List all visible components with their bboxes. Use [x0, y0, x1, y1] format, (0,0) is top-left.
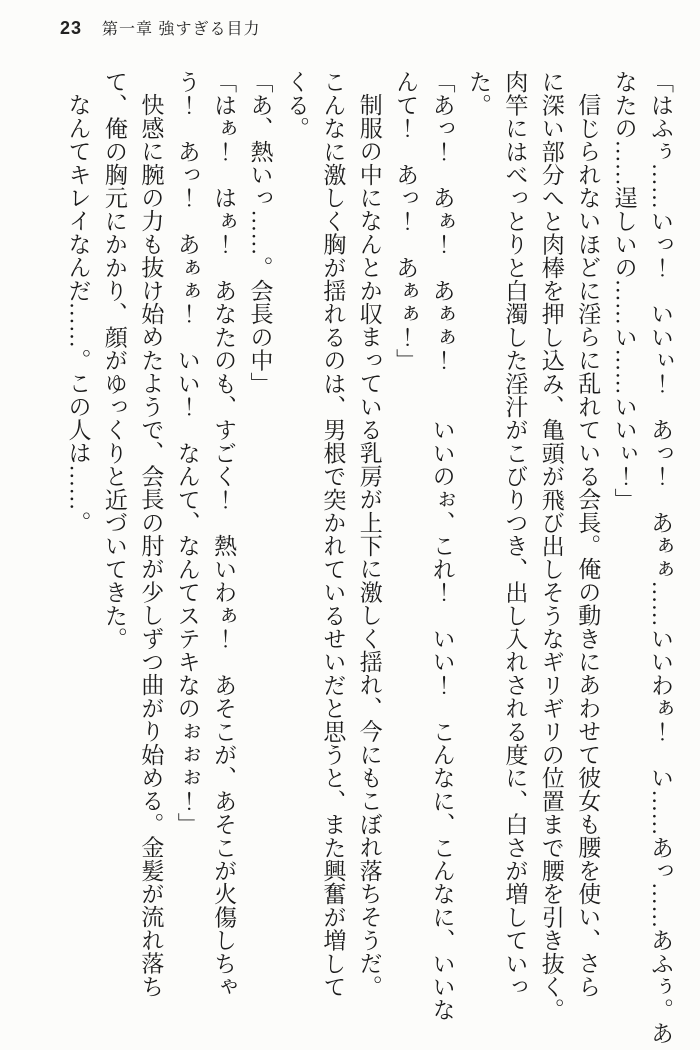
text-column: 「あ、熱いっ……。会長の中」: [241, 70, 277, 1038]
text-column: なたの……逞しいの……い……いいぃ！」: [605, 70, 641, 1038]
chapter-title: 第一章 強すぎる目力: [102, 16, 260, 39]
text-column: に深い部分へと肉棒を押し込み、亀頭が飛び出しそうなギリギリの位置まで腰を引き抜く…: [532, 70, 568, 1038]
running-head: 23 第一章 強すぎる目力: [60, 16, 260, 39]
page-number: 23: [60, 18, 82, 39]
text-column: 制服の中になんとか収まっている乳房が上下に激しく揺れ、今にもこぼれ落ちそうだ。: [350, 70, 386, 1038]
text-column: なんてキレイなんだ……。この人は……。: [59, 70, 95, 1038]
text-column: て、俺の胸元にかかり、顔がゆっくりと近づいてきた。: [96, 70, 132, 1038]
text-column: 「はぁ！ はぁ！ あなたのも、すごく！ 熱いわぁ！ あそこが、あそこが火傷しちゃ: [205, 70, 241, 1038]
vertical-text-body: 「はふぅ……いっ！ いいぃ！ あっ！ あぁぁ……いいわぁ！ い……あっ……あふぅ…: [59, 70, 678, 1038]
text-column: 「はふぅ……いっ！ いいぃ！ あっ！ あぁぁ……いいわぁ！ い……あっ……あふぅ…: [642, 70, 678, 1038]
text-column: くる。: [278, 70, 314, 1038]
text-column: 肉竿にはべっとりと白濁した淫汁がこびりつき、出し入れされる度に、白さが増していっ: [496, 70, 532, 1038]
text-column: んて！ あっ！ あぁぁ！」: [387, 70, 423, 1038]
text-column: 「あっ！ あぁ！ あぁぁ！ いいのぉ、これ！ いい！ こんなに、こんなに、いいな: [423, 70, 459, 1038]
text-column: う！ あっ！ あぁぁ！ いい！ なんて、なんてステキなのぉぉぉ！」: [168, 70, 204, 1038]
text-column: 快感に腕の力も抜け始めたようで、会長の肘が少しずつ曲がり始める。金髪が流れ落ち: [132, 70, 168, 1038]
book-page: 23 第一章 強すぎる目力 「はふぅ……いっ！ いいぃ！ あっ！ あぁぁ……いい…: [0, 0, 700, 1050]
text-column: こんなに激しく胸が揺れるのは、男根で突かれているせいだと思うと、また興奮が増して: [314, 70, 350, 1038]
text-column: た。: [460, 70, 496, 1038]
text-column: 信じられないほどに淫らに乱れている会長。俺の動きにあわせて彼女も腰を使い、さら: [569, 70, 605, 1038]
